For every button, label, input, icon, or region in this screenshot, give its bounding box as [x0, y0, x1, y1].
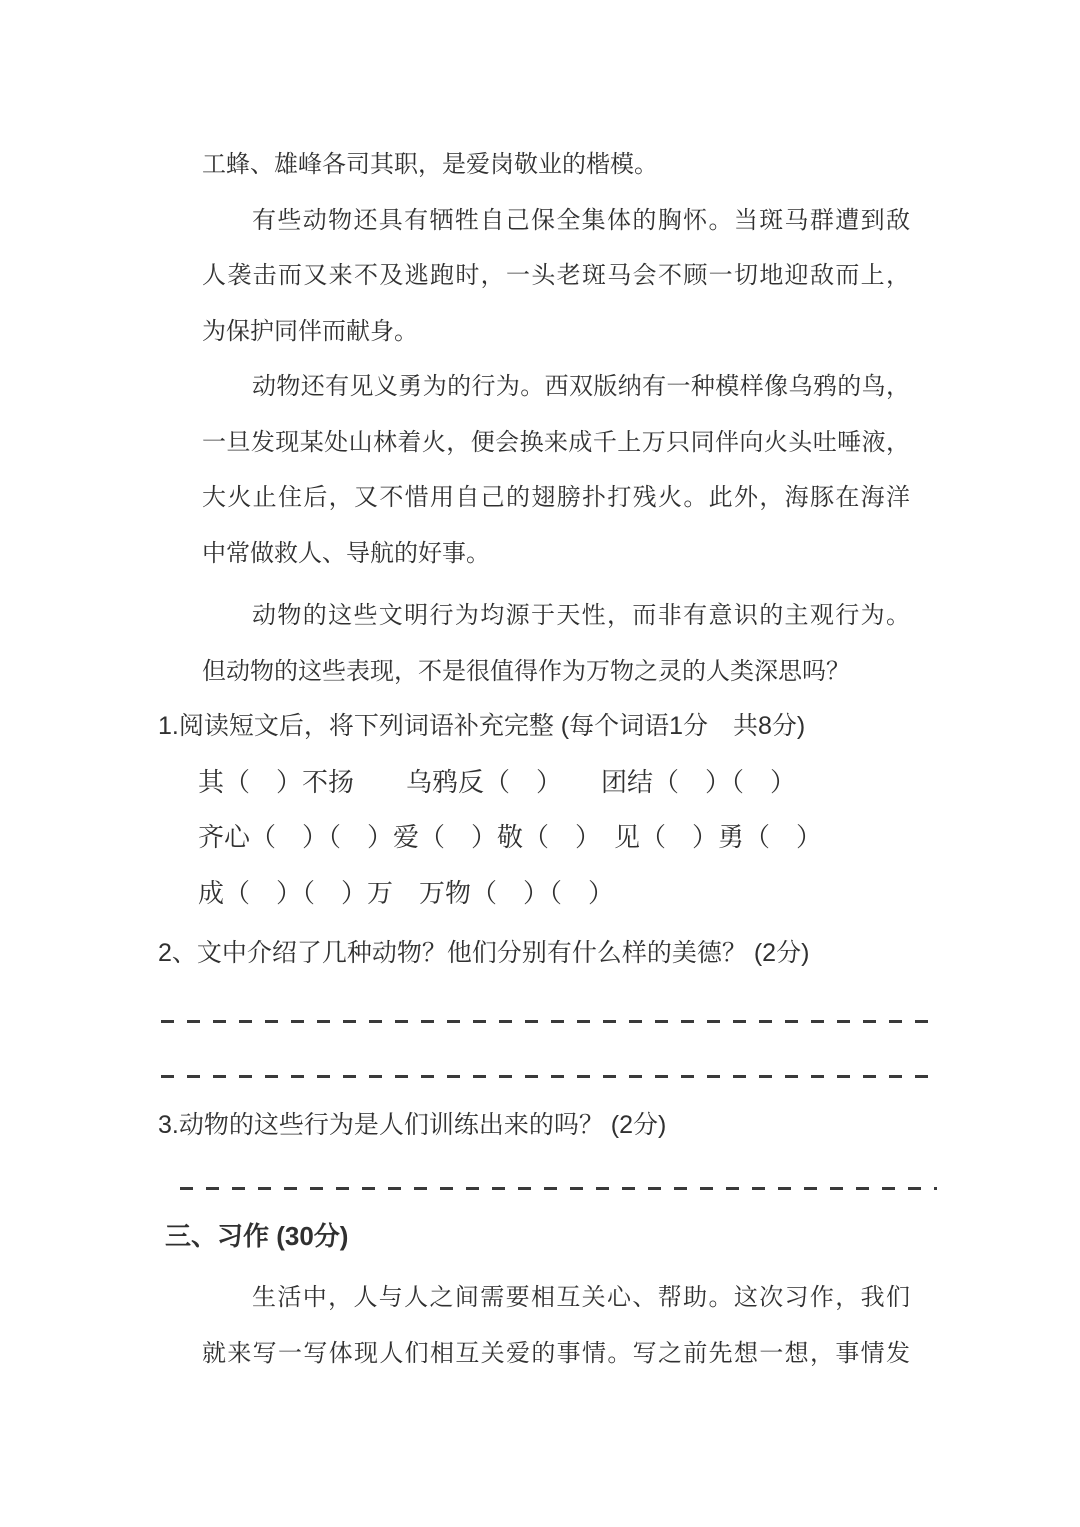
- question-3-label: 3.动物的这些行为是人们训练出来的吗？ (2分): [158, 1098, 1080, 1154]
- passage-line: 有些动物还具有牺牲自己保全集体的胸怀。当斑马群遭到敌: [202, 193, 910, 249]
- passage-line: 人袭击而又来不及逃跑时，一头老斑马会不顾一切地迎敌而上，: [202, 248, 910, 304]
- passage-line: 动物的这些文明行为均源于天性，而非有意识的主观行为。: [202, 588, 910, 644]
- word-blank-row: 其（ ）不扬 乌鸦反（ ） 团结（ ）（ ）: [198, 755, 1080, 811]
- question-2-label: 2、文中介绍了几种动物？他们分别有什么样的美德？ (2分): [158, 926, 1080, 982]
- essay-intro-line: 就来写一写体现人们相互关爱的事情。写之前先想一想，事情发: [202, 1326, 910, 1382]
- section-3-heading: 三、习作 (30分): [165, 1209, 1080, 1265]
- word-blank-row: 齐心（ ）（ ）爱（ ）敬（ ） 见（ ）勇（ ）: [198, 810, 1080, 866]
- word-blank-row: 成（ ）（ ）万 万物（ ）（ ）: [198, 866, 1080, 922]
- answer-dashed-line: [158, 1049, 1080, 1105]
- question-1-label: 1.阅读短文后，将下列词语补充完整 (每个词语1分 共8分): [158, 699, 1080, 755]
- essay-intro-line: 生活中，人与人之间需要相互关心、帮助。这次习作，我们: [202, 1270, 910, 1326]
- passage-line: 中常做救人、导航的好事。: [202, 526, 910, 582]
- passage-line: 但动物的这些表现，不是很值得作为万物之灵的人类深思吗？: [202, 644, 910, 700]
- passage-line: 工蜂、雄峰各司其职，是爱岗敬业的楷模。: [202, 137, 910, 193]
- passage-line: 动物还有见义勇为的行为。西双版纳有一种模样像乌鸦的鸟，: [202, 359, 910, 415]
- answer-dashed-line: [158, 994, 1080, 1050]
- passage-line: 为保护同伴而献身。: [202, 304, 910, 360]
- exam-page: 工蜂、雄峰各司其职，是爱岗敬业的楷模。 有些动物还具有牺牲自己保全集体的胸怀。当…: [0, 0, 1080, 1527]
- answer-dashed-line: [158, 1161, 1080, 1217]
- passage-line: 大火止住后，又不惜用自己的翅膀扑打残火。此外，海豚在海洋: [202, 470, 910, 526]
- passage-line: 一旦发现某处山林着火，便会换来成千上万只同伴向火头吐唾液，: [202, 415, 910, 471]
